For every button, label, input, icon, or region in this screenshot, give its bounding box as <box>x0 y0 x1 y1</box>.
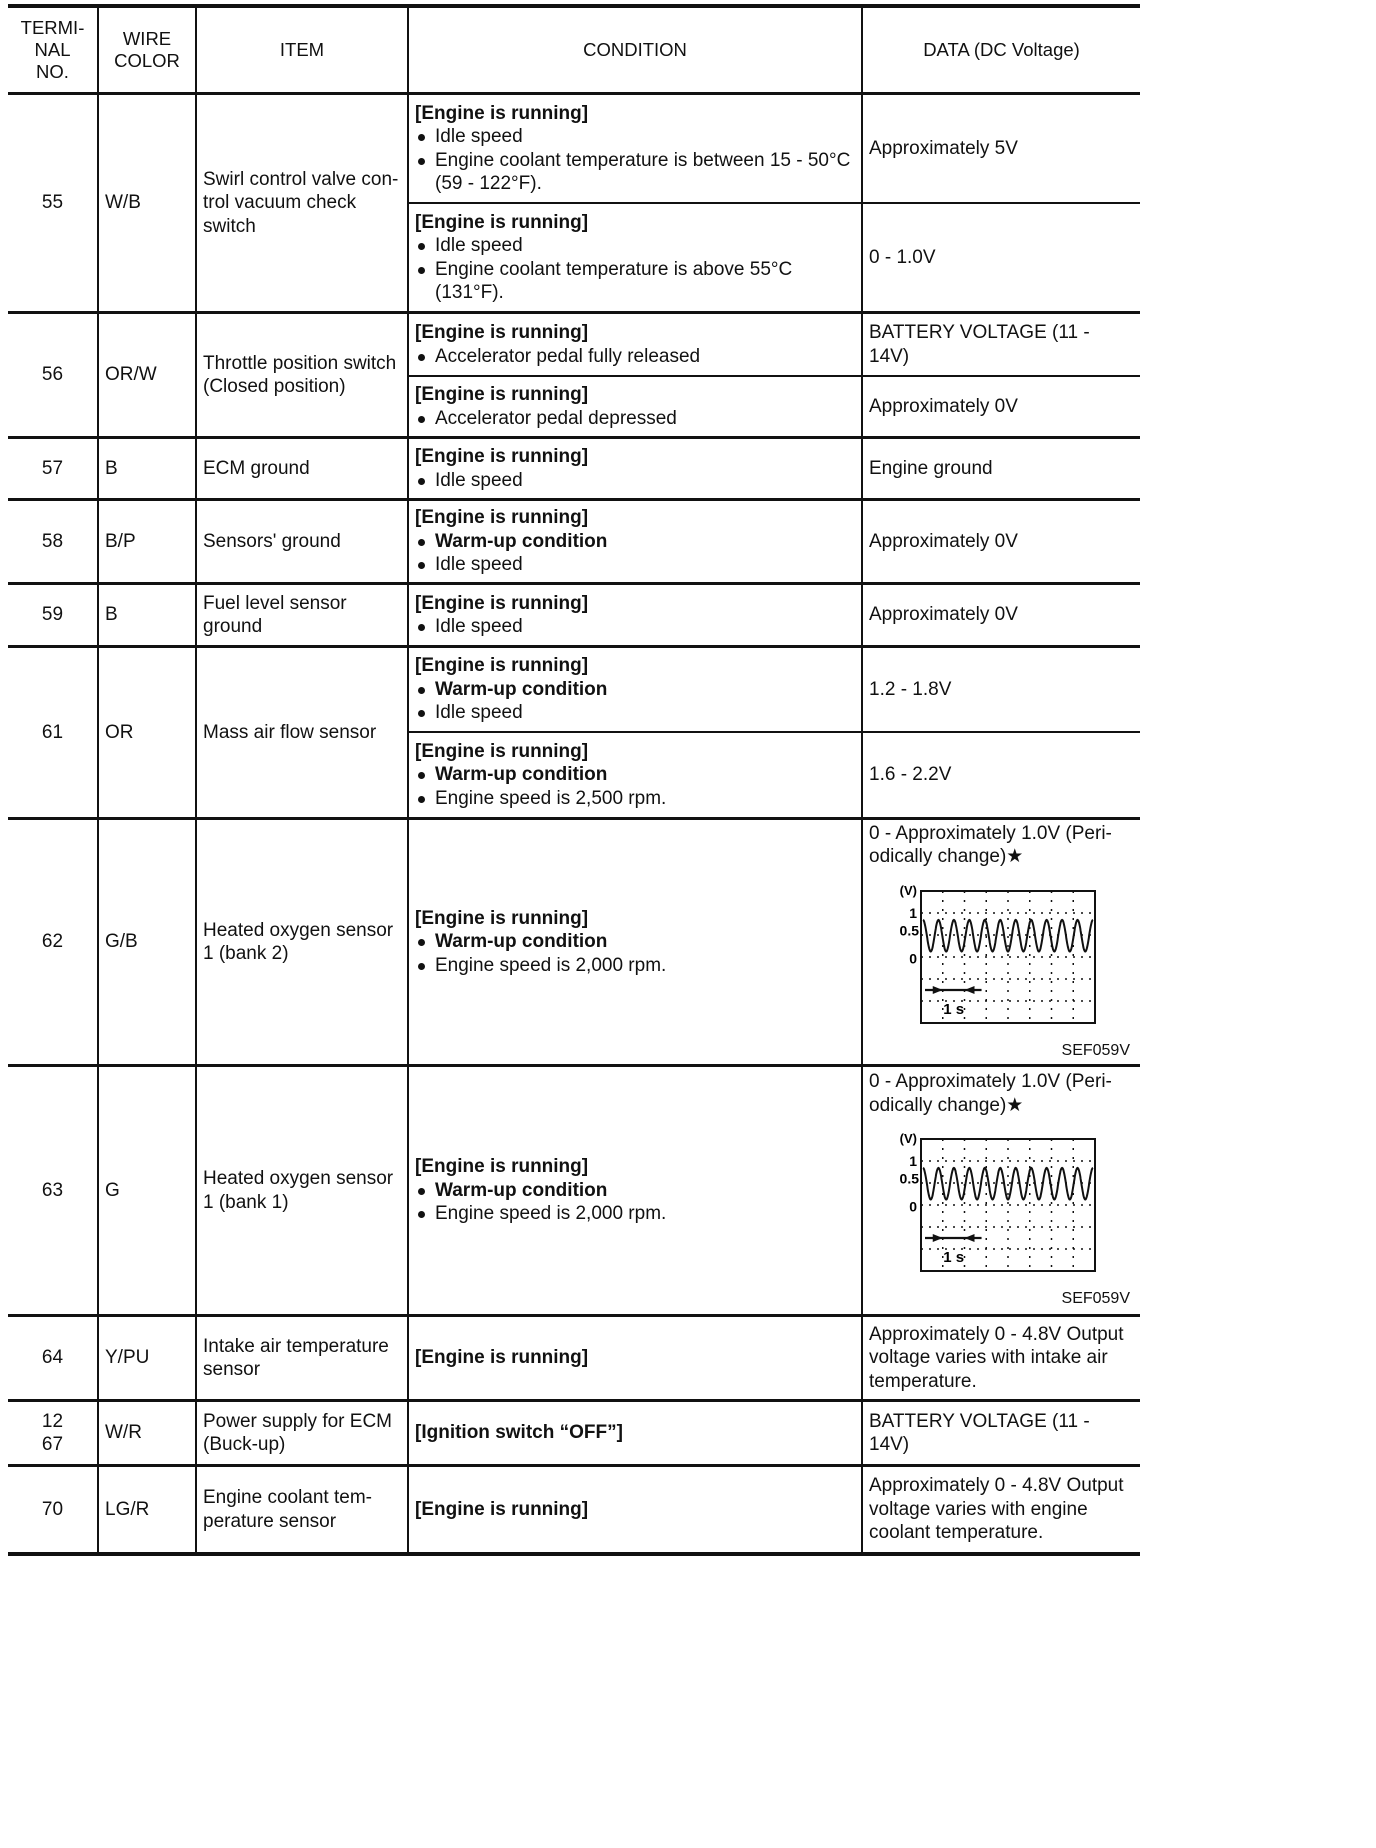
table-row: 55W/BSwirl control valve con-trol vacuum… <box>8 94 1140 204</box>
item-name: Throttle position switch (Closed positio… <box>196 313 408 438</box>
condition-heading: [Engine is running] <box>415 321 855 345</box>
condition-cell: [Engine is running] <box>408 1466 862 1555</box>
item-name: Mass air flow sensor <box>196 647 408 819</box>
table-row: 56OR/WThrottle position switch (Closed p… <box>8 313 1140 377</box>
condition-bullet: Accelerator pedal depressed <box>415 407 855 431</box>
condition-bullet: Warm-up condition <box>415 930 855 954</box>
condition-bullet: Engine coolant temperature is above 55°C… <box>415 258 855 305</box>
svg-text:0: 0 <box>909 950 917 966</box>
condition-cell: [Engine is running] <box>408 1316 862 1401</box>
data-value-text: Approximately 0V <box>869 603 1134 627</box>
table-row: 59BFuel level sensor ground[Engine is ru… <box>8 584 1140 647</box>
data-value-cell: 0 - Approximately 1.0V (Peri-odically ch… <box>862 1066 1140 1316</box>
condition-heading: [Engine is running] <box>415 1498 855 1522</box>
terminal-number: 1267 <box>8 1401 98 1466</box>
wire-color: B/P <box>98 500 196 584</box>
condition-heading: [Engine is running] <box>415 211 855 235</box>
condition-bullet: Accelerator pedal fully released <box>415 345 855 369</box>
table-row: 61ORMass air flow sensor[Engine is runni… <box>8 647 1140 733</box>
condition-bullet: Engine speed is 2,500 rpm. <box>415 787 855 811</box>
data-value-cell: 0 - 1.0V <box>862 203 1140 313</box>
condition-bullet: Warm-up condition <box>415 763 855 787</box>
condition-heading: [Engine is running] <box>415 654 855 678</box>
condition-heading: [Engine is running] <box>415 592 855 616</box>
condition-heading: [Engine is running] <box>415 1346 855 1370</box>
item-name: Swirl control valve con-trol vacuum chec… <box>196 94 408 313</box>
condition-bullet: Warm-up condition <box>415 678 855 702</box>
wire-color: W/B <box>98 94 196 313</box>
data-value-text: 0 - 1.0V <box>869 246 1134 270</box>
condition-cell: [Engine is running]Idle speedEngine cool… <box>408 203 862 313</box>
item-name: Heated oxygen sensor 1 (bank 1) <box>196 1066 408 1316</box>
svg-text:1: 1 <box>909 905 917 921</box>
header-item: ITEM <box>196 6 408 94</box>
data-value-text: Approximately 0V <box>869 395 1134 419</box>
condition-cell: [Engine is running]Accelerator pedal ful… <box>408 313 862 377</box>
item-name: Fuel level sensor ground <box>196 584 408 647</box>
condition-bullet: Engine speed is 2,000 rpm. <box>415 1202 855 1226</box>
data-value-text: Approximately 5V <box>869 137 1134 161</box>
condition-heading: [Engine is running] <box>415 907 855 931</box>
data-value-cell: Approximately 0V <box>862 500 1140 584</box>
data-value-cell: Approximately 0V <box>862 584 1140 647</box>
table-row: 57BECM ground[Engine is running]Idle spe… <box>8 438 1140 500</box>
wire-color: Y/PU <box>98 1316 196 1401</box>
condition-bullet: Warm-up condition <box>415 1179 855 1203</box>
condition-cell: [Engine is running]Accelerator pedal dep… <box>408 376 862 438</box>
svg-text:(V): (V) <box>900 1131 917 1146</box>
svg-text:1 s: 1 s <box>943 1249 964 1266</box>
header-condition: CONDITION <box>408 6 862 94</box>
condition-cell: [Engine is running]Idle speedEngine cool… <box>408 94 862 204</box>
table-row: 70LG/REngine coolant tem-perature sensor… <box>8 1466 1140 1555</box>
condition-heading: [Engine is running] <box>415 383 855 407</box>
table-row: 63GHeated oxygen sensor 1 (bank 1)[Engin… <box>8 1066 1140 1316</box>
data-value-cell: Approximately 0 - 4.8V Output voltage va… <box>862 1316 1140 1401</box>
svg-text:1: 1 <box>909 1153 917 1169</box>
condition-cell: [Engine is running]Warm-up conditionIdle… <box>408 500 862 584</box>
data-value-text: 1.2 - 1.8V <box>869 678 1134 702</box>
condition-bullet: Idle speed <box>415 615 855 639</box>
wire-color: B <box>98 438 196 500</box>
condition-heading: [Engine is running] <box>415 445 855 469</box>
wire-color: W/R <box>98 1401 196 1466</box>
condition-heading: [Engine is running] <box>415 506 855 530</box>
header-data: DATA (DC Voltage) <box>862 6 1140 94</box>
condition-cell: [Engine is running]Idle speed <box>408 584 862 647</box>
data-value-cell: Engine ground <box>862 438 1140 500</box>
waveform-figure: (V)10.501 s <box>869 877 1134 1037</box>
item-name: Power supply for ECM (Buck-up) <box>196 1401 408 1466</box>
terminal-number: 56 <box>8 313 98 438</box>
data-value-cell: Approximately 0 - 4.8V Output voltage va… <box>862 1466 1140 1555</box>
data-value-cell: BATTERY VOLTAGE (11 - 14V) <box>862 313 1140 377</box>
item-name: Heated oxygen sensor 1 (bank 2) <box>196 819 408 1066</box>
terminal-number: 70 <box>8 1466 98 1555</box>
table-row: 58B/PSensors' ground[Engine is running]W… <box>8 500 1140 584</box>
terminal-number: 63 <box>8 1066 98 1316</box>
wire-color: OR <box>98 647 196 819</box>
data-value-cell: Approximately 5V <box>862 94 1140 204</box>
condition-bullet: Idle speed <box>415 553 855 577</box>
item-name: Sensors' ground <box>196 500 408 584</box>
terminal-number: 62 <box>8 819 98 1066</box>
o2-sensor-waveform-chart: (V)10.501 s <box>869 1125 1119 1285</box>
wire-color: OR/W <box>98 313 196 438</box>
svg-text:(V): (V) <box>900 883 917 898</box>
condition-bullet: Idle speed <box>415 469 855 493</box>
wire-color: B <box>98 584 196 647</box>
data-value-text: Approximately 0V <box>869 530 1134 554</box>
wire-color: G <box>98 1066 196 1316</box>
wire-color: LG/R <box>98 1466 196 1555</box>
condition-bullet: Idle speed <box>415 234 855 258</box>
table-row: 62G/BHeated oxygen sensor 1 (bank 2)[Eng… <box>8 819 1140 1066</box>
terminal-data-table-document: TERMI-NALNO. WIRECOLOR ITEM CONDITION DA… <box>8 4 1140 1556</box>
figure-code: SEF059V <box>869 1287 1134 1311</box>
condition-cell: [Engine is running]Idle speed <box>408 438 862 500</box>
item-name: Engine coolant tem-perature sensor <box>196 1466 408 1555</box>
condition-cell: [Engine is running]Warm-up conditionEngi… <box>408 819 862 1066</box>
condition-bullet: Engine coolant temperature is between 15… <box>415 149 855 196</box>
terminal-number: 64 <box>8 1316 98 1401</box>
item-name: Intake air temperature sensor <box>196 1316 408 1401</box>
o2-sensor-waveform-chart: (V)10.501 s <box>869 877 1119 1037</box>
terminal-number: 58 <box>8 500 98 584</box>
svg-text:0.5: 0.5 <box>900 1171 920 1187</box>
item-name: ECM ground <box>196 438 408 500</box>
data-value-cell: 1.6 - 2.2V <box>862 732 1140 819</box>
terminal-number: 61 <box>8 647 98 819</box>
data-value-text: 0 - Approximately 1.0V (Peri-odically ch… <box>869 822 1134 869</box>
svg-text:0: 0 <box>909 1199 917 1215</box>
data-value-text: Engine ground <box>869 457 1134 481</box>
data-value-text: 1.6 - 2.2V <box>869 763 1134 787</box>
table-header-row: TERMI-NALNO. WIRECOLOR ITEM CONDITION DA… <box>8 6 1140 94</box>
terminal-table: TERMI-NALNO. WIRECOLOR ITEM CONDITION DA… <box>8 4 1140 1556</box>
condition-cell: [Engine is running]Warm-up conditionEngi… <box>408 732 862 819</box>
wire-color: G/B <box>98 819 196 1066</box>
terminal-number: 55 <box>8 94 98 313</box>
figure-code: SEF059V <box>869 1039 1134 1063</box>
header-terminal-no: TERMI-NALNO. <box>8 6 98 94</box>
condition-cell: [Ignition switch “OFF”] <box>408 1401 862 1466</box>
condition-bullet: Warm-up condition <box>415 530 855 554</box>
data-value-text: Approximately 0 - 4.8V Output voltage va… <box>869 1323 1134 1394</box>
condition-bullet: Idle speed <box>415 701 855 725</box>
condition-heading: [Ignition switch “OFF”] <box>415 1421 855 1445</box>
data-value-cell: 0 - Approximately 1.0V (Peri-odically ch… <box>862 819 1140 1066</box>
data-value-cell: BATTERY VOLTAGE (11 - 14V) <box>862 1401 1140 1466</box>
condition-heading: [Engine is running] <box>415 740 855 764</box>
table-body: 55W/BSwirl control valve con-trol vacuum… <box>8 94 1140 1555</box>
svg-text:0.5: 0.5 <box>900 922 920 938</box>
condition-bullet: Idle speed <box>415 125 855 149</box>
terminal-number: 59 <box>8 584 98 647</box>
condition-heading: [Engine is running] <box>415 102 855 126</box>
header-wire-color: WIRECOLOR <box>98 6 196 94</box>
table-row: 64Y/PUIntake air temperature sensor[Engi… <box>8 1316 1140 1401</box>
condition-heading: [Engine is running] <box>415 1155 855 1179</box>
terminal-number: 57 <box>8 438 98 500</box>
condition-bullet: Engine speed is 2,000 rpm. <box>415 954 855 978</box>
condition-cell: [Engine is running]Warm-up conditionEngi… <box>408 1066 862 1316</box>
data-value-cell: Approximately 0V <box>862 376 1140 438</box>
data-value-text: 0 - Approximately 1.0V (Peri-odically ch… <box>869 1070 1134 1117</box>
table-row: 1267W/RPower supply for ECM (Buck-up)[Ig… <box>8 1401 1140 1466</box>
data-value-cell: 1.2 - 1.8V <box>862 647 1140 733</box>
data-value-text: BATTERY VOLTAGE (11 - 14V) <box>869 321 1134 368</box>
data-value-text: BATTERY VOLTAGE (11 - 14V) <box>869 1410 1134 1457</box>
condition-cell: [Engine is running]Warm-up conditionIdle… <box>408 647 862 733</box>
data-value-text: Approximately 0 - 4.8V Output voltage va… <box>869 1474 1134 1545</box>
waveform-figure: (V)10.501 s <box>869 1125 1134 1285</box>
svg-text:1 s: 1 s <box>943 1001 964 1018</box>
